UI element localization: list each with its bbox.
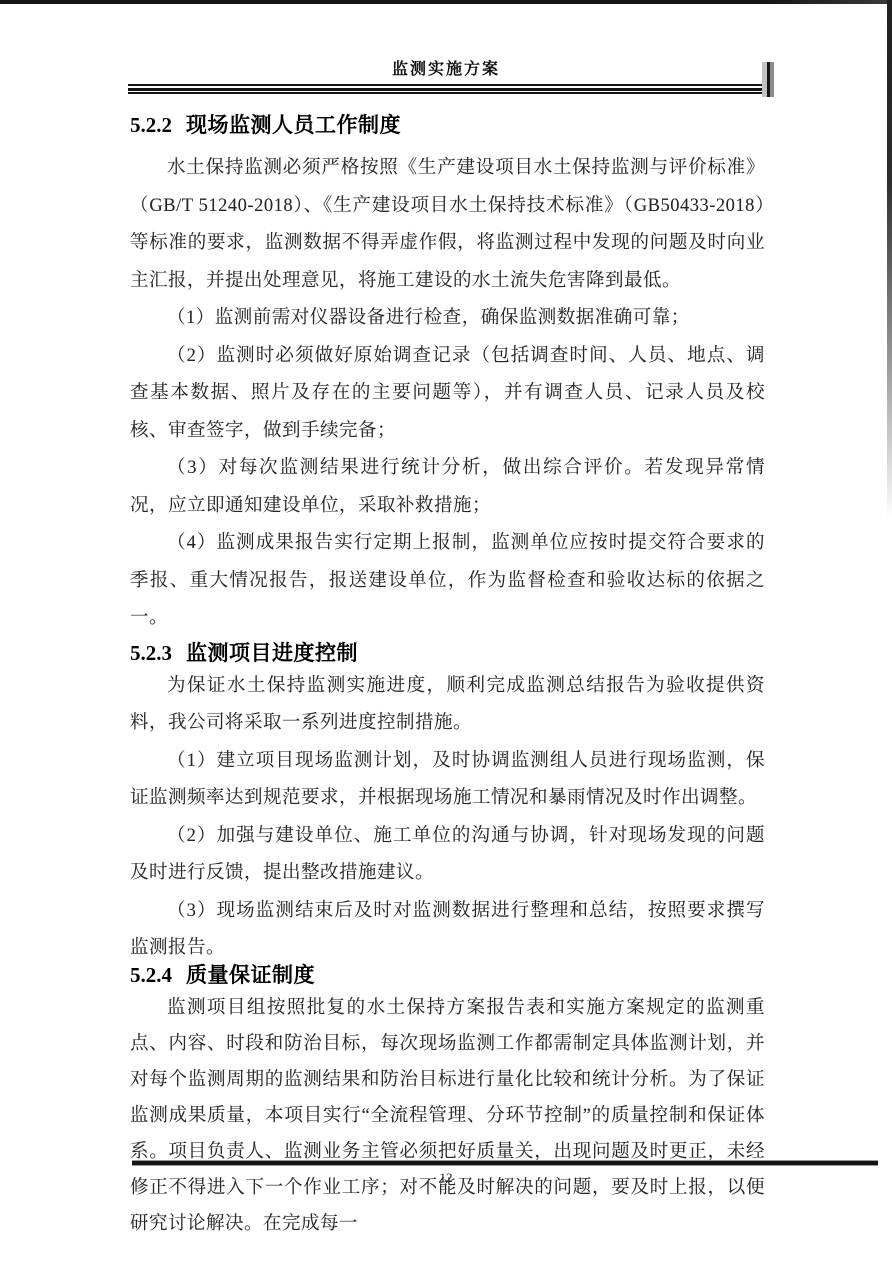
- paragraph: （2）加强与建设单位、施工单位的沟通与协调，针对现场发现的问题及时进行反馈，提出…: [130, 818, 765, 893]
- header-title: 监测实施方案: [0, 56, 892, 79]
- paragraph: （4）监测成果报告实行定期上报制，监测单位应按时提交符合要求的季报、重大情况报告…: [130, 525, 765, 638]
- section-heading-5-2-2: 5.2.2现场监测人员工作制度: [130, 110, 765, 140]
- document-page: 监测实施方案 5.2.2现场监测人员工作制度 水土保持监测必须严格按照《生产建设…: [0, 0, 892, 1262]
- paragraph: （1）监测前需对仪器设备进行检查，确保监测数据准确可靠；: [130, 300, 765, 338]
- paragraph: （2）监测时必须做好原始调查记录（包括调查时间、人员、地点、调查基本数据、照片及…: [130, 338, 765, 451]
- paragraph: 水土保持监测必须严格按照《生产建设项目水土保持监测与评价标准》（GB/T 512…: [130, 150, 765, 300]
- paragraph: 为保证水土保持监测实施进度，顺利完成监测总结报告为验收提供资料，我公司将采取一系…: [130, 668, 765, 743]
- section-title: 质量保证制度: [186, 963, 315, 987]
- paragraph: （1）建立项目现场监测计划，及时协调监测组人员进行现场监测，保证监测频率达到规范…: [130, 743, 765, 818]
- section-heading-5-2-4: 5.2.4质量保证制度: [130, 960, 765, 990]
- paragraph: （3）对每次监测结果进行统计分析，做出综合评价。若发现异常情况，应立即通知建设单…: [130, 450, 765, 525]
- page-number: 12: [0, 1170, 892, 1186]
- header-rule-end-mark: [762, 62, 774, 97]
- section-number: 5.2.4: [130, 963, 172, 987]
- document-body: 5.2.2现场监测人员工作制度 水土保持监测必须严格按照《生产建设项目水土保持监…: [130, 94, 765, 1242]
- section-number: 5.2.3: [130, 641, 172, 665]
- scan-edge-top: [0, 0, 892, 4]
- section-title: 监测项目进度控制: [186, 641, 358, 665]
- section-title: 现场监测人员工作制度: [186, 113, 401, 137]
- paragraph: （3）现场监测结束后及时对监测数据进行整理和总结，按照要求撰写监测报告。: [130, 893, 765, 968]
- footer-rule: [132, 1160, 878, 1166]
- section-number: 5.2.2: [130, 113, 172, 137]
- section-heading-5-2-3: 5.2.3监测项目进度控制: [130, 638, 765, 668]
- paragraph: 监测项目组按照批复的水土保持方案报告表和实施方案规定的监测重点、内容、时段和防治…: [130, 990, 765, 1242]
- header-rule: [128, 84, 768, 94]
